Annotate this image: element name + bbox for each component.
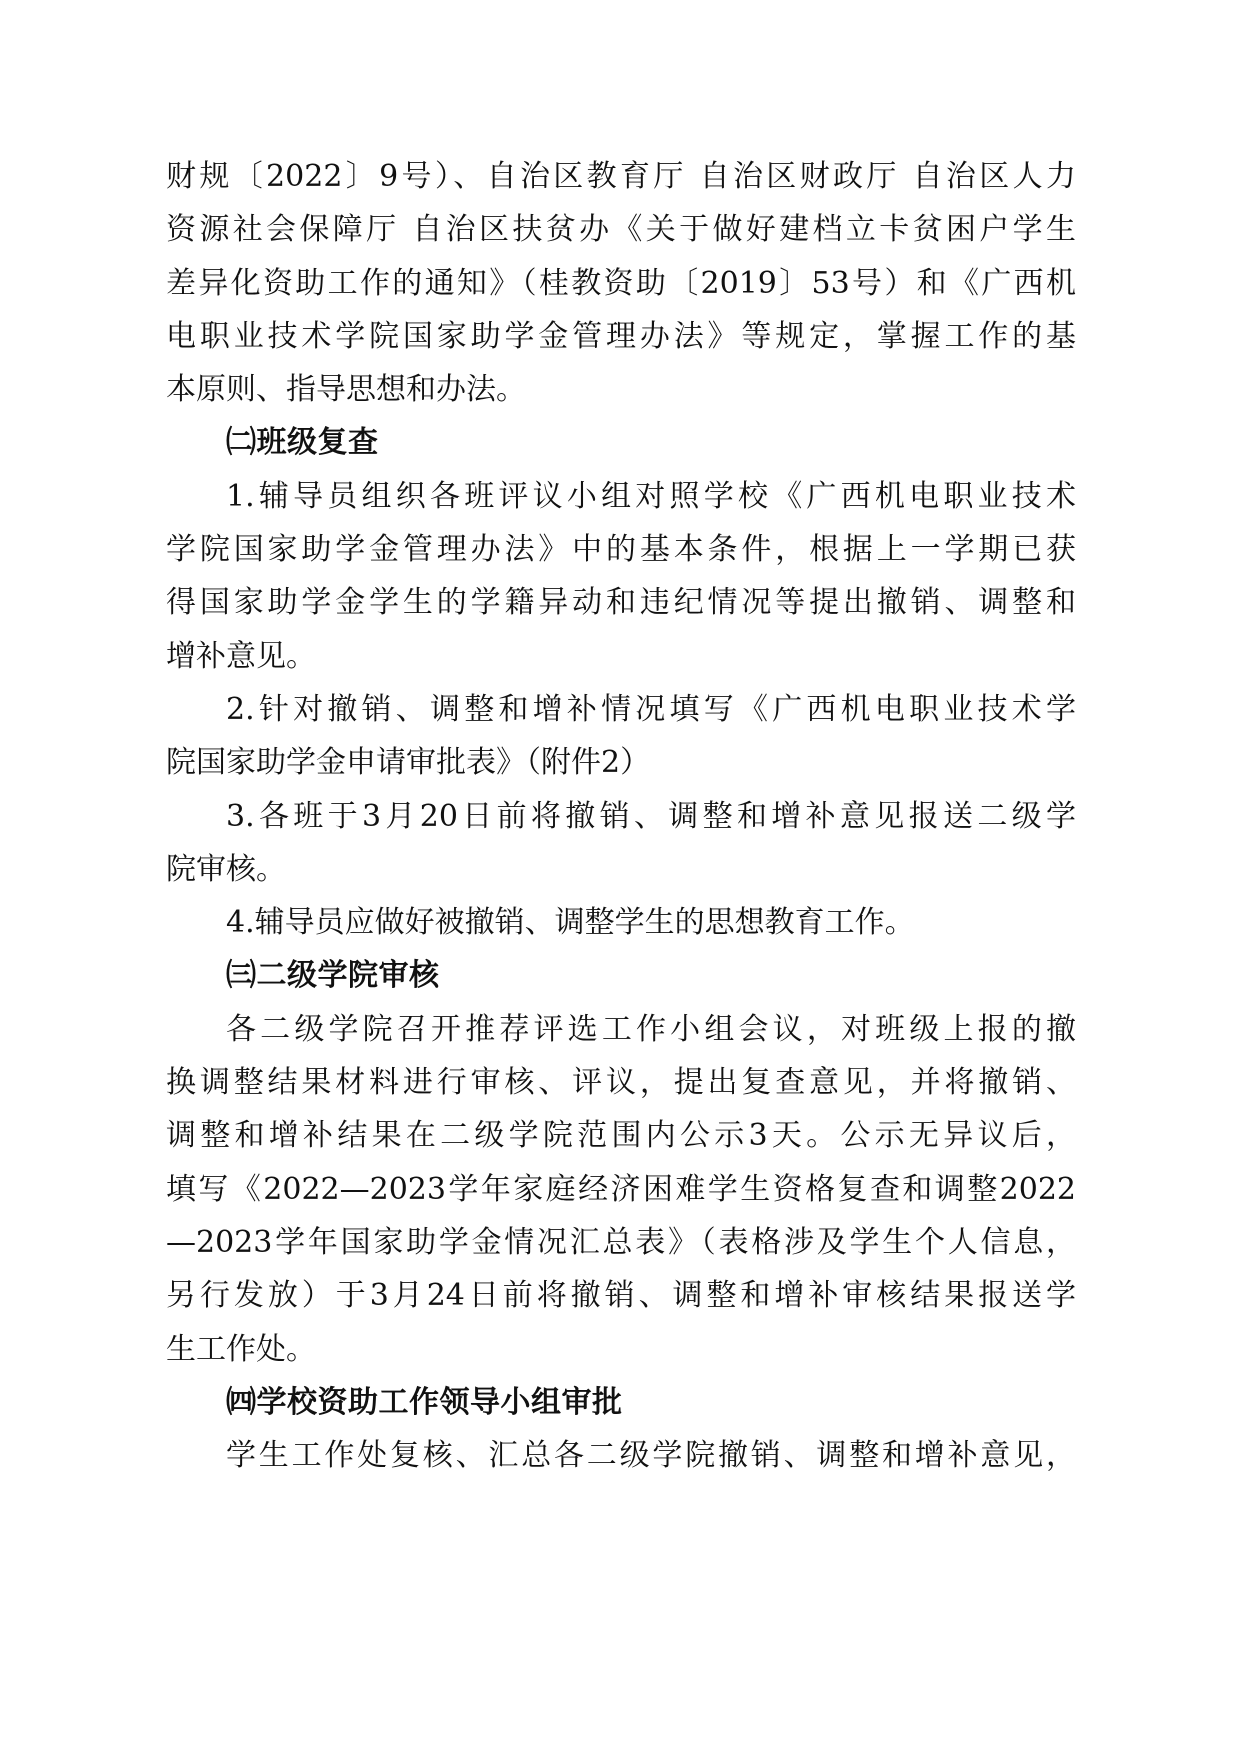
paragraph-student-affairs: 学生工作处复核、汇总各二级学院撤销、调整和增补意见， (166, 1429, 1076, 1482)
text-line: 财规〔2022〕9号）、自治区教育厅 自治区财政厅 自治区人力 (166, 150, 1076, 203)
section-heading-leadership-approval: ㈣学校资助工作领导小组审批 (166, 1376, 1076, 1429)
paragraph-policy-basis: 财规〔2022〕9号）、自治区教育厅 自治区财政厅 自治区人力 资源社会保障厅 … (166, 150, 1076, 416)
paragraph-item-2: 2.针对撤销、调整和增补情况填写《广西机电职业技术学 院国家助学金申请审批表》（… (166, 683, 1076, 790)
text-line: 生工作处。 (166, 1323, 1076, 1376)
paragraph-item-3: 3.各班于3月20日前将撤销、调整和增补意见报送二级学 院审核。 (166, 790, 1076, 897)
text-line: —2023学年国家助学金情况汇总表》（表格涉及学生个人信息， (166, 1216, 1076, 1269)
text-line: 学院国家助学金管理办法》中的基本条件，根据上一学期已获 (166, 523, 1076, 576)
text-line: 各二级学院召开推荐评选工作小组会议，对班级上报的撤 (166, 1003, 1076, 1056)
text-line: 换调整结果材料进行审核、评议，提出复查意见，并将撤销、 (166, 1056, 1076, 1109)
text-line: 1.辅导员组织各班评议小组对照学校《广西机电职业技术 (166, 470, 1076, 523)
text-line: 增补意见。 (166, 630, 1076, 683)
text-line: 另行发放）于3月24日前将撤销、调整和增补审核结果报送学 (166, 1269, 1076, 1322)
paragraph-item-4: 4.辅导员应做好被撤销、调整学生的思想教育工作。 (166, 896, 1076, 949)
text-line: 院国家助学金申请审批表》（附件2） (166, 736, 1076, 789)
text-line: 差异化资助工作的通知》（桂教资助〔2019〕53号）和《广西机 (166, 257, 1076, 310)
document-page: 财规〔2022〕9号）、自治区教育厅 自治区财政厅 自治区人力 资源社会保障厅 … (166, 150, 1076, 1482)
text-line: 得国家助学金学生的学籍异动和违纪情况等提出撤销、调整和 (166, 576, 1076, 629)
text-line: 院审核。 (166, 843, 1076, 896)
text-line: 2.针对撤销、调整和增补情况填写《广西机电职业技术学 (166, 683, 1076, 736)
text-line: 填写《2022—2023学年家庭经济困难学生资格复查和调整2022 (166, 1163, 1076, 1216)
section-heading-class-review: ㈡班级复查 (166, 416, 1076, 469)
text-line: 3.各班于3月20日前将撤销、调整和增补意见报送二级学 (166, 790, 1076, 843)
text-line: 电职业技术学院国家助学金管理办法》等规定，掌握工作的基 (166, 310, 1076, 363)
text-line: 资源社会保障厅 自治区扶贫办《关于做好建档立卡贫困户学生 (166, 203, 1076, 256)
text-line: 调整和增补结果在二级学院范围内公示3天。公示无异议后， (166, 1109, 1076, 1162)
text-line: 本原则、指导思想和办法。 (166, 363, 1076, 416)
text-line: 4.辅导员应做好被撤销、调整学生的思想教育工作。 (166, 896, 1076, 949)
paragraph-item-1: 1.辅导员组织各班评议小组对照学校《广西机电职业技术 学院国家助学金管理办法》中… (166, 470, 1076, 683)
text-line: 学生工作处复核、汇总各二级学院撤销、调整和增补意见， (166, 1429, 1076, 1482)
paragraph-college-review: 各二级学院召开推荐评选工作小组会议，对班级上报的撤 换调整结果材料进行审核、评议… (166, 1003, 1076, 1376)
section-heading-college-review: ㈢二级学院审核 (166, 949, 1076, 1002)
